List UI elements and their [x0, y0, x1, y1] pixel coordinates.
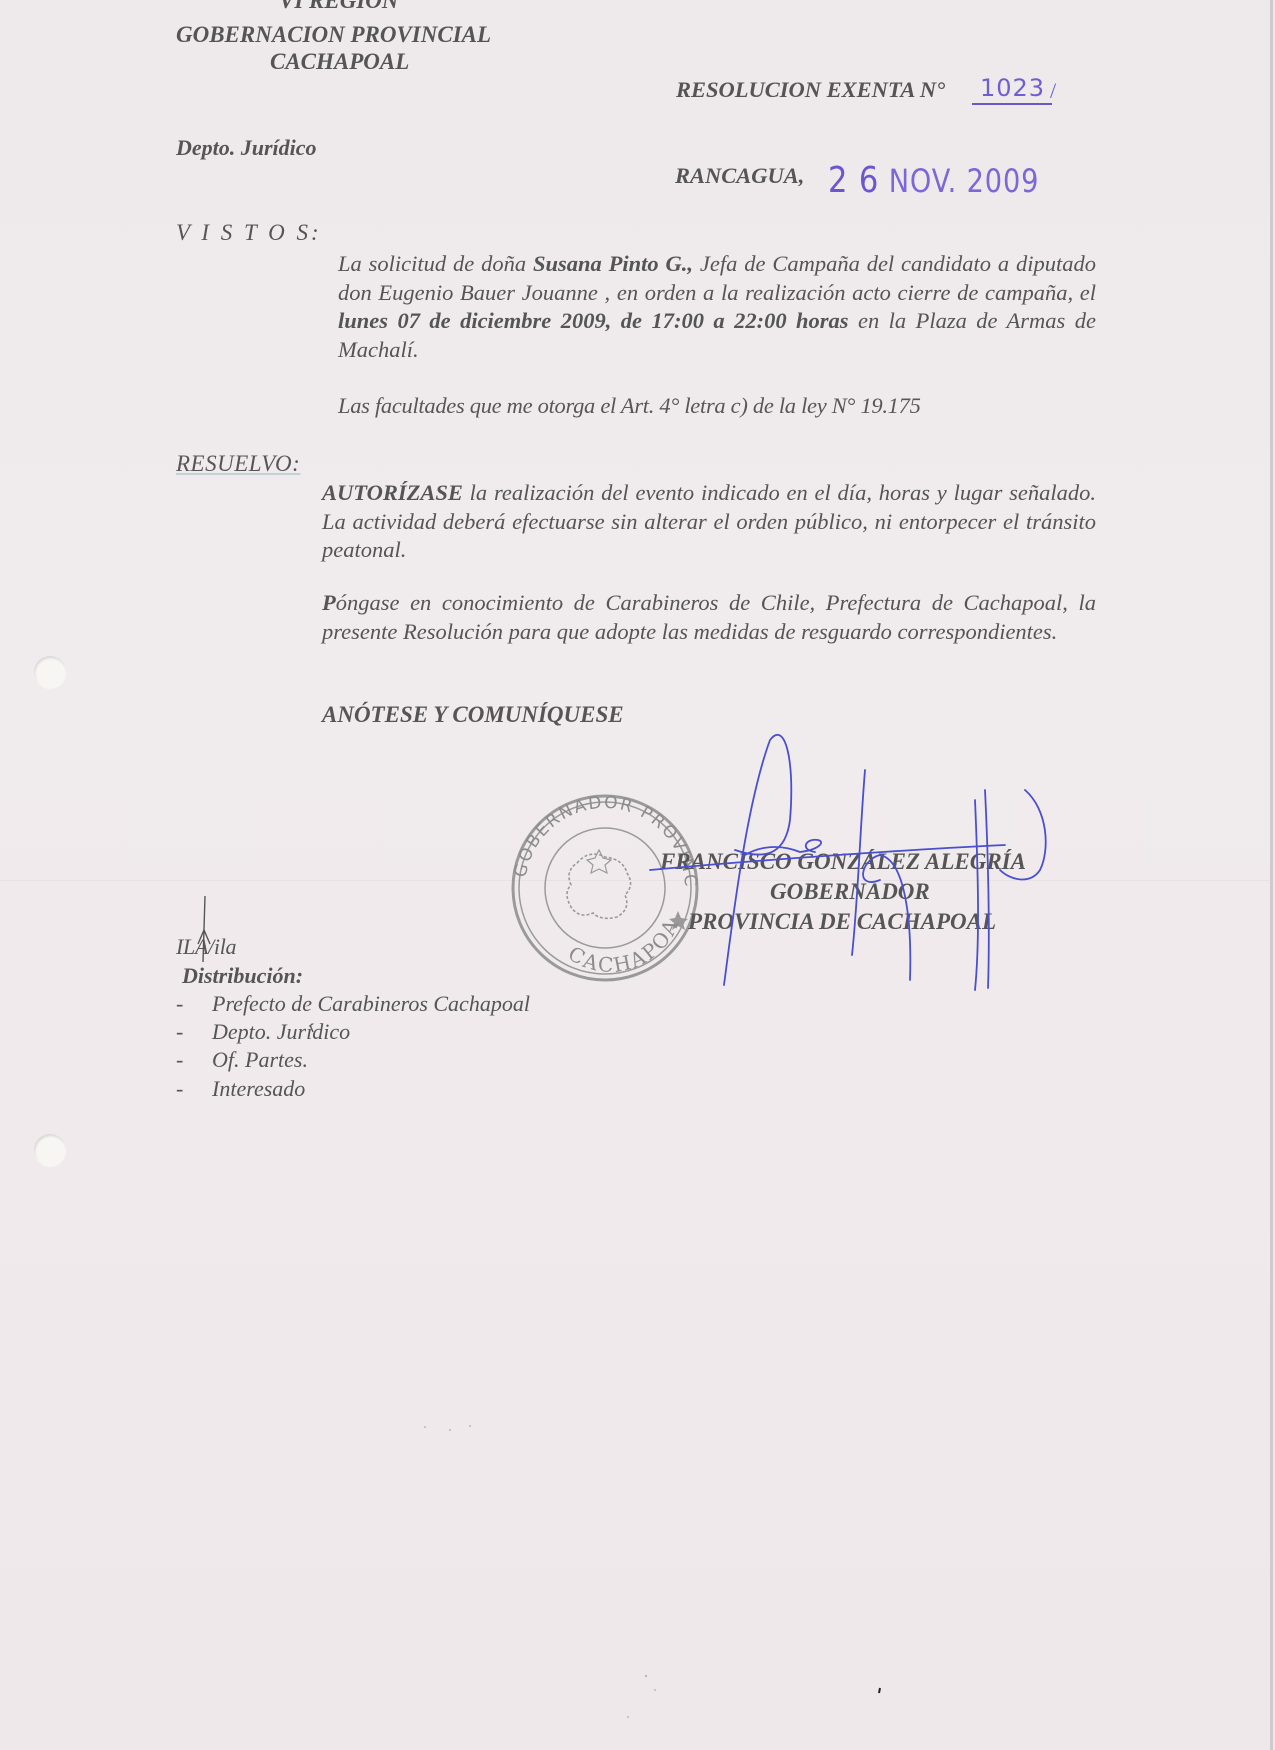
header-institution: GOBERNACION PROVINCIAL: [176, 22, 491, 48]
closing-formula: ANÓTESE Y COMUNÍQUESE: [322, 702, 624, 728]
authorize-keyword: AUTORÍZASE: [322, 480, 463, 505]
vistos-text: La solicitud de doña: [338, 251, 533, 276]
date-stamp: 2 6 NOV. 2009: [828, 160, 1039, 201]
resolution-number-slash: /: [1050, 78, 1056, 104]
initial-letter: P: [322, 590, 336, 615]
applicant-name: Susana Pinto G.,: [533, 251, 693, 276]
distribution-item: -Of. Partes.: [176, 1047, 308, 1073]
signatory-jurisdiction: PROVINCIA DE CACHAPOAL: [688, 909, 996, 935]
header-province: CACHAPOAL: [270, 49, 409, 75]
resuelvo-heading: RESUELVO:: [176, 451, 300, 477]
resuelvo-paragraph-1: AUTORÍZASE la realización del evento ind…: [322, 479, 1096, 565]
distribution-item: -Prefecto de Carabineros Cachapoal: [176, 991, 530, 1017]
resolution-number-underline: [972, 103, 1052, 105]
distribution-item-label: Prefecto de Carabineros Cachapoal: [212, 991, 530, 1016]
date-stamp-day: 2 6: [828, 160, 879, 201]
event-datetime: lunes 07 de diciembre 2009, de 17:00 a 2…: [338, 308, 849, 333]
place-label: RANCAGUA,: [675, 163, 804, 189]
resolution-label: RESOLUCION EXENTA N°: [676, 77, 945, 103]
distribution-item-label: Interesado: [212, 1076, 305, 1101]
svg-text:GOBERNADOR PROVINCIAL: GOBERNADOR PROVINCIAL: [0, 0, 700, 889]
resuelvo-text: óngase en conocimiento de Carabineros de…: [322, 590, 1096, 644]
header-region: VI REGION: [279, 0, 399, 14]
paper-fold: [0, 880, 1270, 881]
resuelvo-paragraph-2: Póngase en conocimiento de Carabineros d…: [322, 589, 1096, 646]
vistos-paragraph-1: La solicitud de doña Susana Pinto G., Je…: [338, 250, 1096, 364]
date-stamp-month-year: NOV. 2009: [889, 162, 1040, 200]
signatory-title: GOBERNADOR: [770, 879, 930, 905]
vistos-paragraph-2: Las facultades que me otorga el Art. 4° …: [338, 393, 921, 419]
distribution-heading: Distribución:: [182, 963, 303, 989]
punch-hole-top: [34, 656, 66, 688]
vistos-heading: V I S T O S:: [176, 220, 322, 246]
punch-hole-bottom: [34, 1134, 66, 1166]
signatory-name: FRANCISCO GONZÁLEZ ALEGRÍA: [660, 849, 1026, 875]
seal-top-text: GOBERNADOR PROVINCIAL: [0, 0, 700, 889]
distribution-item-label: Of. Partes.: [212, 1047, 308, 1072]
initials: ILA/ila: [176, 934, 236, 960]
document-page: VI REGION GOBERNACION PROVINCIAL CACHAPO…: [0, 0, 1273, 1750]
distribution-item-label: Depto. Jurídico: [212, 1019, 350, 1044]
department-label: Depto. Jurídico: [176, 135, 317, 161]
resolution-number: 1023: [980, 74, 1045, 102]
distribution-item: -Interesado: [176, 1076, 305, 1102]
distribution-item: -Depto. Jurídico: [176, 1019, 350, 1045]
